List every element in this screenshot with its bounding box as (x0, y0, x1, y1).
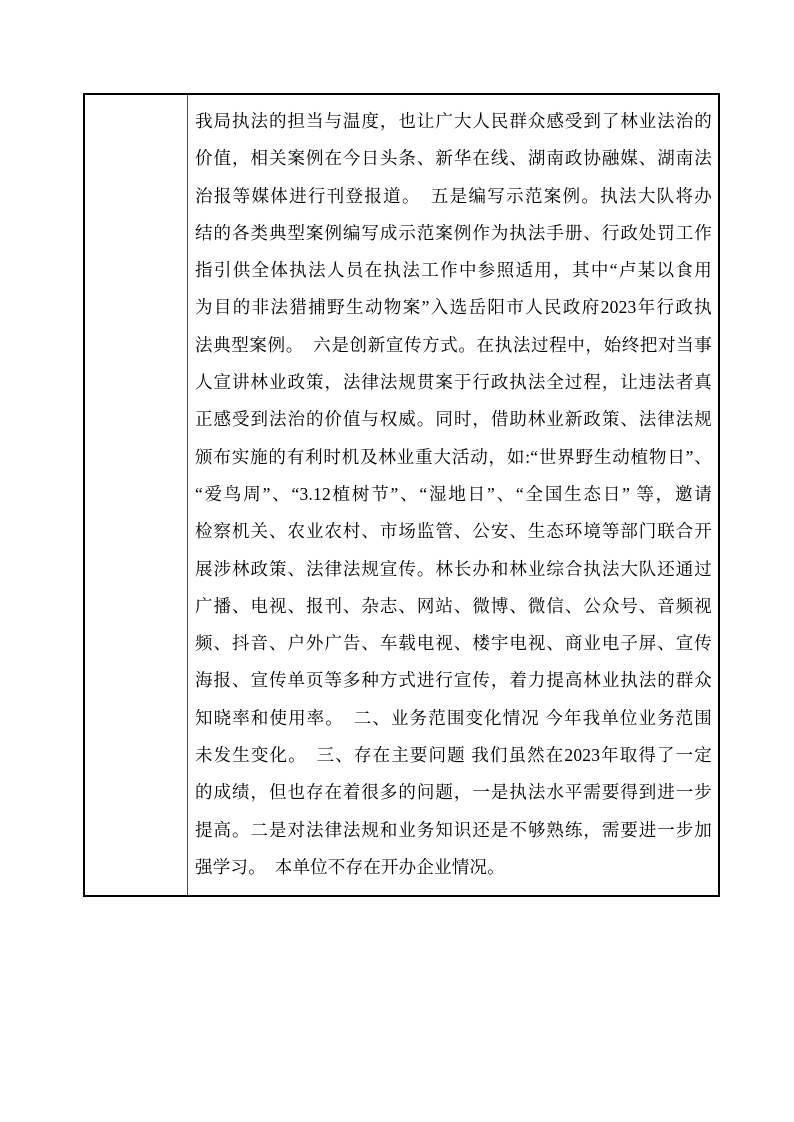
document-page: 我局执法的担当与温度，也让广大人民群众感受到了林业法治的 价值，相关案例在今日头… (0, 0, 794, 1122)
text-line: 价值，相关案例在今日头条、新华在线、湖南政协融媒、湖南法 (195, 140, 712, 177)
text-line: 展涉林政策、法律法规宣传。林长办和林业综合执法大队还通过 (195, 551, 712, 588)
text-line: 强学习。 本单位不存在开办企业情况。 (195, 849, 712, 886)
text-line: 频、抖音、户外广告、车载电视、楼宇电视、商业电子屏、宣传 (195, 625, 712, 662)
text-line: 检察机关、农业农村、市场监管、公安、生态环境等部门联合开 (195, 513, 712, 550)
table-label-cell (85, 95, 188, 895)
text-line: 指引供全体执法人员在执法工作中参照适用，其中“卢某以食用 (195, 252, 712, 289)
text-line: 法典型案例。 六是创新宣传方式。在执法过程中，始终把对当事 (195, 327, 712, 364)
report-table: 我局执法的担当与温度，也让广大人民群众感受到了林业法治的 价值，相关案例在今日头… (83, 93, 720, 897)
text-line: 我局执法的担当与温度，也让广大人民群众感受到了林业法治的 (195, 103, 712, 140)
text-line: “爱鸟周”、“3.12植树节”、“湿地日”、“全国生态日” 等，邀请 (195, 476, 712, 513)
text-line: 的成绩，但也存在着很多的问题，一是执法水平需要得到进一步 (195, 774, 712, 811)
text-line: 为目的非法猎捕野生动物案”入选岳阳市人民政府2023年行政执 (195, 289, 712, 326)
text-line: 广播、电视、报刊、杂志、网站、微博、微信、公众号、音频视 (195, 588, 712, 625)
text-line: 海报、宣传单页等多种方式进行宣传，着力提高林业执法的群众 (195, 662, 712, 699)
text-line: 知晓率和使用率。 二、业务范围变化情况 今年我单位业务范围 (195, 700, 712, 737)
text-line: 未发生变化。 三、存在主要问题 我们虽然在2023年取得了一定 (195, 737, 712, 774)
text-line: 颁布实施的有利时机及林业重大活动，如:“世界野生动植物日”、 (195, 439, 712, 476)
text-line: 结的各类典型案例编写成示范案例作为执法手册、行政处罚工作 (195, 215, 712, 252)
text-line: 人宣讲林业政策，法律法规贯案于行政执法全过程，让违法者真 (195, 364, 712, 401)
text-line: 治报等媒体进行刊登报道。 五是编写示范案例。执法大队将办 (195, 178, 712, 215)
text-line: 提高。二是对法律法规和业务知识还是不够熟练，需要进一步加 (195, 812, 712, 849)
text-line: 正感受到法治的价值与权威。同时，借助林业新政策、法律法规 (195, 401, 712, 438)
table-content-cell: 我局执法的担当与温度，也让广大人民群众感受到了林业法治的 价值，相关案例在今日头… (188, 95, 718, 895)
